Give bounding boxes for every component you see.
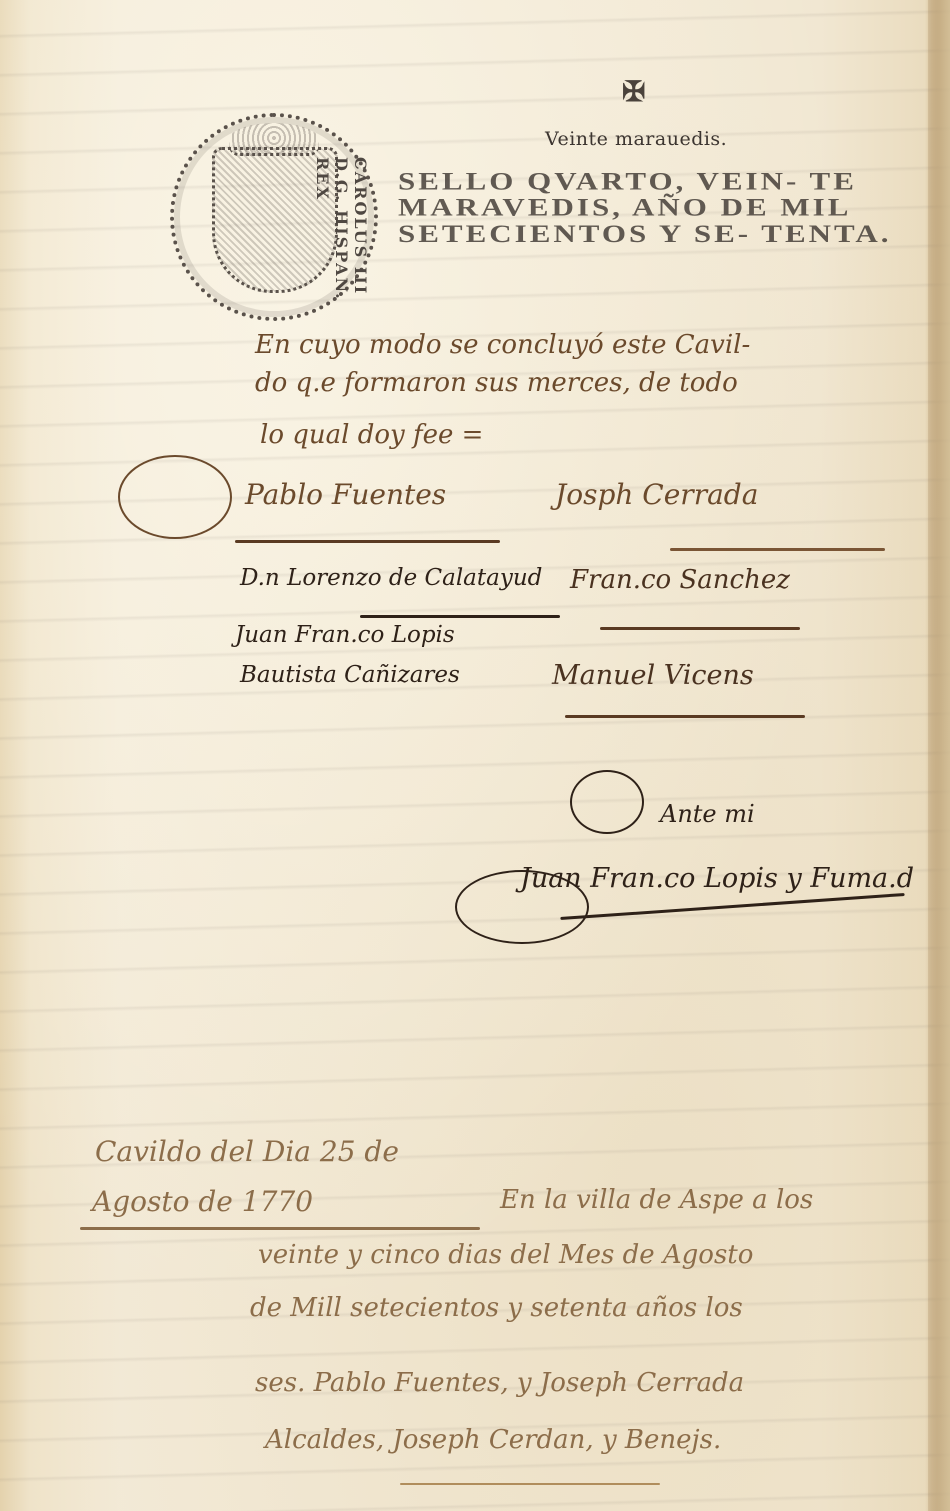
body-line-2: do q.e formaron sus merces, de todo [255, 368, 738, 398]
signature-lorenzo-calatayud: D.n Lorenzo de Calatayud [240, 565, 542, 591]
notary-rule [560, 893, 904, 920]
signature-notary: Juan Fran.co Lopis y Fuma.d [520, 863, 914, 894]
signature-rule [600, 627, 800, 630]
seal-legend: CAROLUS III D.G. HISPAN. REX [313, 157, 370, 317]
signature-juan-francisco-lopis: Juan Fran.co Lopis [235, 622, 455, 648]
signature-pablo-fuentes: Pablo Fuentes [245, 478, 446, 511]
signature-joseph-cerrada: Josph Cerrada [555, 478, 758, 511]
signature-rule [235, 540, 500, 543]
stamp-value-line: Veinte marauedis. [545, 128, 727, 150]
body-line-3: lo qual doy fee = [260, 420, 483, 450]
margin-note-rule [80, 1227, 480, 1230]
royal-seal-icon: CAROLUS III D.G. HISPAN. REX [170, 113, 378, 321]
margin-note-line-1: Cavildo del Dia 25 de [95, 1135, 399, 1168]
signature-flourish-icon [118, 455, 232, 539]
signature-rule [670, 548, 885, 551]
signature-rule [360, 615, 560, 618]
flourish-icon [570, 770, 644, 834]
margin-note-line-2: Agosto de 1770 [92, 1185, 313, 1218]
signature-bautista-canizares: Bautista Cañizares [240, 662, 460, 688]
body-line-1: En cuyo modo se concluyó este Cavil- [255, 330, 750, 360]
continuation-line-4: ses. Pablo Fuentes, y Joseph Cerrada [255, 1368, 744, 1398]
continuation-line-3: de Mill setecientos y setenta años los [250, 1293, 743, 1323]
closing-rule [400, 1483, 660, 1485]
continuation-line-2: veinte y cinco dias del Mes de Agosto [258, 1240, 753, 1270]
ante-mi-text: Ante mi [660, 800, 755, 828]
cross-icon: ✠ [622, 75, 645, 108]
signature-manuel-vicens: Manuel Vicens [552, 660, 754, 691]
signature-rule [565, 715, 805, 718]
manuscript-page: ✠ Veinte marauedis. SELLO QVARTO, VEIN- … [0, 0, 950, 1511]
signature-francisco-sanchez: Fran.co Sanchez [570, 565, 790, 595]
continuation-line-1: En la villa de Aspe a los [500, 1185, 813, 1215]
stamp-header-text: SELLO QVARTO, VEIN- TE MARAVEDIS, AÑO DE… [398, 168, 938, 247]
continuation-line-5: Alcaldes, Joseph Cerdan, y Benejs. [265, 1425, 721, 1455]
